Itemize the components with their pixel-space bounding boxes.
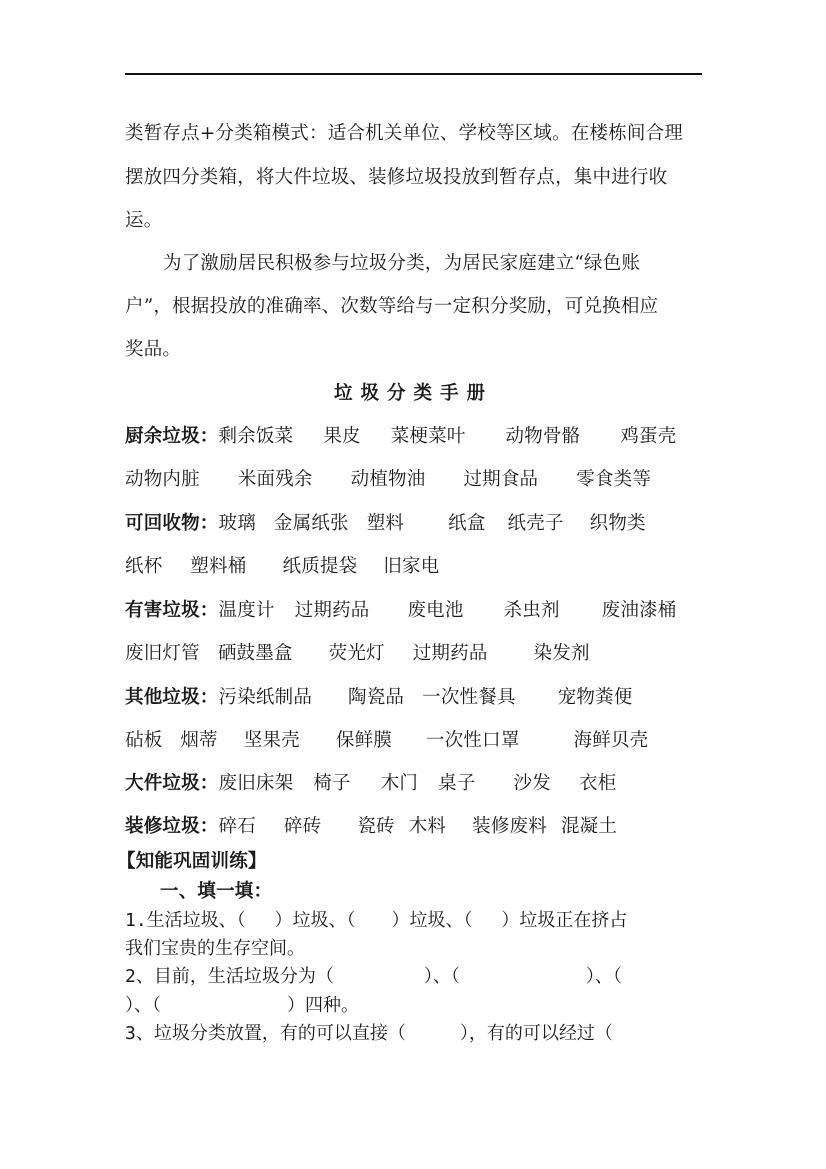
- category-hazardous-row2: 废旧灯管硒鼓墨盒荧光灯过期药品染发剂: [125, 642, 590, 666]
- category-label: 装修垃圾：: [125, 816, 219, 837]
- item: 鸡蛋壳: [620, 426, 676, 447]
- category-label: 可回收物：: [125, 513, 219, 534]
- category-hazardous-row1: 有害垃圾：温度计过期药品废电池杀虫剂废油漆桶: [125, 599, 676, 623]
- item: 废电池: [407, 600, 463, 621]
- item: 废旧灯管: [125, 643, 200, 664]
- exercise-question-1-line2: 我们宝贵的生存空间。: [125, 937, 305, 961]
- document-page: 类暂存点+分类箱模式：适合机关单位、学校等区域。在楼栋间合理 摆放四分类箱，将大…: [0, 0, 826, 1169]
- category-renovation-waste-row1: 装修垃圾：碎石碎砖瓷砖木料装修废料混凝土: [125, 815, 617, 839]
- item: 混凝土: [561, 816, 617, 837]
- category-label: 大件垃圾：: [125, 773, 219, 794]
- item: 过期食品: [463, 469, 538, 490]
- item: 塑料桶: [190, 556, 246, 577]
- item: 一次性口罩: [426, 730, 520, 751]
- category-recyclables-row2: 纸杯塑料桶纸质提袋旧家电: [125, 555, 439, 579]
- handbook-title: 垃圾分类手册: [125, 382, 702, 406]
- item: 旧家电: [383, 556, 439, 577]
- item: 塑料: [367, 513, 404, 534]
- intro-para2-line2: 户”，根据投放的准确率、次数等给与一定积分奖励，可兑换相应: [125, 295, 658, 319]
- item: 剩余饭菜: [219, 426, 294, 447]
- item: 宠物粪便: [558, 687, 633, 708]
- item: 碎砖: [284, 816, 321, 837]
- item: 果皮: [323, 426, 360, 447]
- category-recyclables-row1: 可回收物：玻璃金属纸张塑料纸盒纸壳子织物类: [125, 512, 646, 536]
- item: 椅子: [313, 773, 350, 794]
- intro-para1-line1: 类暂存点+分类箱模式：适合机关单位、学校等区域。在楼栋间合理: [125, 122, 683, 146]
- item: 织物类: [590, 513, 646, 534]
- item: 杀虫剂: [504, 600, 560, 621]
- category-label: 有害垃圾：: [125, 600, 219, 621]
- category-other-waste-row2: 砧板烟蒂坚果壳保鲜膜一次性口罩海鲜贝壳: [125, 729, 648, 753]
- item: 玻璃: [219, 513, 256, 534]
- item: 装修废料: [472, 816, 547, 837]
- item: 沙发: [514, 773, 551, 794]
- item: 金属纸张: [274, 513, 349, 534]
- item: 零食类等: [576, 469, 651, 490]
- item: 过期药品: [413, 643, 488, 664]
- item: 染发剂: [534, 643, 590, 664]
- item: 桌子: [438, 773, 475, 794]
- item: 坚果壳: [244, 730, 300, 751]
- item: 荧光灯: [329, 643, 385, 664]
- item: 米面残余: [238, 469, 313, 490]
- item: 温度计: [219, 600, 275, 621]
- item: 废旧床架: [219, 773, 294, 794]
- item: 衣柜: [579, 773, 616, 794]
- item: 废油漆桶: [602, 600, 677, 621]
- item: 碎石: [219, 816, 256, 837]
- category-kitchen-waste-row2: 动物内脏米面残余动植物油过期食品零食类等: [125, 468, 651, 492]
- exercise-question-2-line2: ）、（ ）四种。: [125, 994, 359, 1018]
- item: 动植物油: [351, 469, 426, 490]
- intro-para1-line3: 运。: [125, 209, 162, 233]
- intro-para1-line2: 摆放四分类箱，将大件垃圾、装修垃圾投放到暂存点，集中进行收: [125, 166, 667, 190]
- item: 木料: [409, 816, 446, 837]
- item: 过期药品: [295, 600, 370, 621]
- item: 动物骨骼: [506, 426, 581, 447]
- category-label: 其他垃圾：: [125, 687, 219, 708]
- item: 木门: [381, 773, 418, 794]
- intro-para2-line3: 奖品。: [125, 338, 181, 362]
- item: 砧板: [125, 730, 162, 751]
- item: 纸壳子: [508, 513, 564, 534]
- exercise-subsection-title: 一、填一填：: [160, 880, 272, 904]
- category-other-waste-row1: 其他垃圾：污染纸制品陶瓷品一次性餐具宠物粪便: [125, 686, 632, 710]
- item: 瓷砖: [357, 816, 394, 837]
- item: 一次性餐具: [422, 687, 516, 708]
- item: 污染纸制品: [219, 687, 313, 708]
- category-kitchen-waste-row1: 厨余垃圾：剩余饭菜果皮菜梗菜叶动物骨骼鸡蛋壳: [125, 425, 676, 449]
- item: 硒鼓墨盒: [218, 643, 293, 664]
- exercise-section-title: 【知能巩固训练】: [117, 850, 267, 874]
- category-bulky-waste-row1: 大件垃圾：废旧床架椅子木门桌子沙发衣柜: [125, 772, 616, 796]
- item: 纸质提袋: [283, 556, 358, 577]
- exercise-question-2-line1: 2、目前，生活垃圾分为（ ）、（ ）、（: [125, 965, 622, 989]
- category-label: 厨余垃圾：: [125, 426, 219, 447]
- exercise-question-3-line1: 3、垃圾分类放置，有的可以直接（ ），有的可以经过（: [125, 1022, 613, 1046]
- item: 保鲜膜: [336, 730, 392, 751]
- item: 菜梗菜叶: [391, 426, 466, 447]
- intro-para2-line1: 为了激励居民积极参与垃圾分类，为居民家庭建立“绿色账: [163, 252, 640, 276]
- item: 纸杯: [125, 556, 162, 577]
- item: 陶瓷品: [348, 687, 404, 708]
- item: 纸盒: [448, 513, 485, 534]
- exercise-question-1-line1: 1.生活垃圾、（ ）垃圾、（ ）垃圾、（ ）垃圾正在挤占: [125, 909, 627, 933]
- item: 烟蒂: [180, 730, 217, 751]
- item: 动物内脏: [125, 469, 200, 490]
- header-rule: [125, 73, 702, 75]
- item: 海鲜贝壳: [574, 730, 649, 751]
